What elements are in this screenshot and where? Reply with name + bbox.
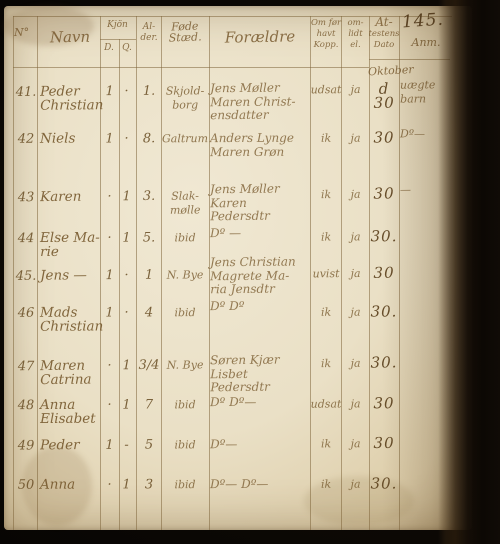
cell-age: 8.: [136, 132, 162, 146]
cell-sex_q: -: [118, 439, 135, 453]
cell-prior_smallpox: ik: [310, 230, 342, 244]
cell-parents: Søren KjærLisbet Pedersdtr: [210, 353, 310, 395]
cell-birthplace: Skjold-borg: [161, 84, 209, 111]
cell-sex_q: 1: [118, 190, 135, 204]
cell-normal_course: ja: [341, 267, 370, 281]
cell-name: MadsChristian: [40, 306, 102, 333]
cell-normal_course: ja: [341, 83, 370, 97]
cell-parents: Dº— Dº—: [210, 478, 310, 492]
cell-prior_smallpox: uvist: [310, 267, 342, 281]
cell-name: PederChristian: [40, 85, 102, 113]
cell-age: 1: [136, 269, 162, 283]
cell-sex_d: 1: [101, 132, 118, 146]
cell-normal_course: ja: [341, 132, 370, 146]
cell-age: 3.: [136, 190, 162, 204]
cell-birthplace: Galtrum: [161, 132, 209, 146]
cell-no: 49: [14, 439, 38, 453]
cell-no: 46: [14, 307, 38, 321]
cell-parents: Dº Dº: [210, 300, 310, 314]
cell-normal_course: ja: [341, 306, 370, 320]
cell-birthplace: N. Bye: [161, 268, 209, 282]
cell-normal_course: ja: [341, 230, 370, 244]
cell-prior_smallpox: ik: [310, 188, 342, 202]
cell-normal_course: ja: [341, 437, 370, 451]
cell-sex_d: ·: [101, 478, 118, 492]
cell-parents: Jens MøllerKaren Pedersdtr: [210, 182, 310, 224]
scanned-ledger-photo: N° Navn Kjön D. Q. Al-der. FødeStæd. For…: [0, 0, 500, 544]
cell-sex_d: ·: [101, 190, 118, 204]
cell-no: 44: [14, 232, 38, 246]
cell-parents: Dº —: [210, 227, 310, 241]
paper-stain: [22, 446, 92, 526]
cell-sex_q: 1: [118, 359, 135, 373]
cell-parents: Jens ChristianMagrete Ma-ria Jensdtr: [210, 255, 310, 296]
cell-prior_smallpox: ik: [310, 357, 342, 371]
cell-sex_q: ·: [118, 269, 135, 283]
cell-age: 4: [136, 306, 162, 320]
cell-sex_d: 1: [101, 306, 118, 320]
cell-normal_course: ja: [341, 357, 370, 371]
column-header-sex-male: D.: [100, 43, 118, 53]
cell-parents: Jens MøllerMaren Christ-ensdatter: [210, 81, 310, 122]
cell-no: 43: [14, 191, 38, 205]
cell-birthplace: N. Bye: [161, 358, 209, 372]
column-header-normal-course: om-lidtel.: [340, 18, 371, 51]
cell-sex_d: ·: [101, 232, 118, 246]
cell-prior_smallpox: ik: [310, 306, 342, 320]
ledger-page: N° Navn Kjön D. Q. Al-der. FødeStæd. For…: [4, 6, 472, 530]
column-header-sex-female: Q.: [118, 43, 136, 53]
cell-no: 41.: [14, 86, 38, 100]
cell-prior_smallpox: ik: [310, 132, 342, 146]
cell-no: 48: [14, 399, 38, 413]
cell-sex_q: ·: [118, 132, 135, 146]
cell-sex_d: ·: [101, 359, 118, 373]
cell-sex_d: ·: [101, 399, 118, 413]
cell-sex_d: 1: [101, 85, 118, 99]
cell-name: Else Ma-rie: [40, 232, 102, 259]
cell-sex_d: 1: [101, 439, 118, 453]
cell-normal_course: ja: [341, 188, 370, 202]
cell-sex_q: ·: [118, 85, 135, 99]
cell-sex_q: 1: [118, 232, 135, 246]
cell-birthplace: ibid: [161, 438, 209, 452]
cell-parents: Dº Dº—: [210, 396, 310, 410]
cell-normal_course: ja: [341, 397, 370, 411]
cell-birthplace: ibid: [161, 306, 209, 320]
cell-prior_smallpox: udsat: [310, 397, 342, 411]
cell-sex_d: 1: [101, 269, 118, 283]
cell-birthplace: ibid: [161, 398, 209, 412]
cell-birthplace: ibid: [161, 231, 209, 245]
cell-parents: Dº—: [210, 437, 310, 451]
cell-prior_smallpox: ik: [310, 437, 342, 451]
cell-sex_q: 1: [118, 478, 135, 492]
book-binding-edge: [438, 0, 500, 544]
cell-age: 7: [136, 398, 162, 412]
cell-age: 1.: [136, 85, 162, 99]
cell-name: Karen: [40, 190, 102, 204]
cell-prior_smallpox: udsat: [310, 83, 342, 97]
column-header-birthplace: FødeStæd.: [160, 20, 211, 44]
cell-name: AnnaElisabet: [40, 399, 102, 426]
cell-sex_q: 1: [118, 399, 135, 413]
cell-sex_q: ·: [118, 306, 135, 320]
cell-birthplace: ibid: [161, 478, 209, 492]
cell-name: Jens —: [40, 269, 102, 283]
cell-age: 5: [136, 439, 162, 453]
cell-no: 42: [14, 133, 38, 147]
cell-age: 5.: [136, 231, 162, 245]
column-header-prior-smallpox: Om førhavtKopp.: [309, 18, 343, 51]
column-header-sex: Kjön: [99, 20, 136, 30]
paper-stain: [4, 6, 94, 46]
cell-no: 45.: [14, 270, 38, 284]
cell-age: 3: [136, 478, 162, 492]
cell-no: 47: [14, 360, 38, 374]
cell-name: MarenCatrina: [40, 359, 102, 387]
cell-parents: Anders LyngeMaren Grøn: [210, 132, 310, 159]
cell-birthplace: Slak-mølle: [161, 189, 209, 217]
column-header-parents: Forældre: [210, 27, 310, 47]
cell-name: Niels: [40, 132, 102, 146]
cell-age: 3/4: [136, 359, 162, 373]
